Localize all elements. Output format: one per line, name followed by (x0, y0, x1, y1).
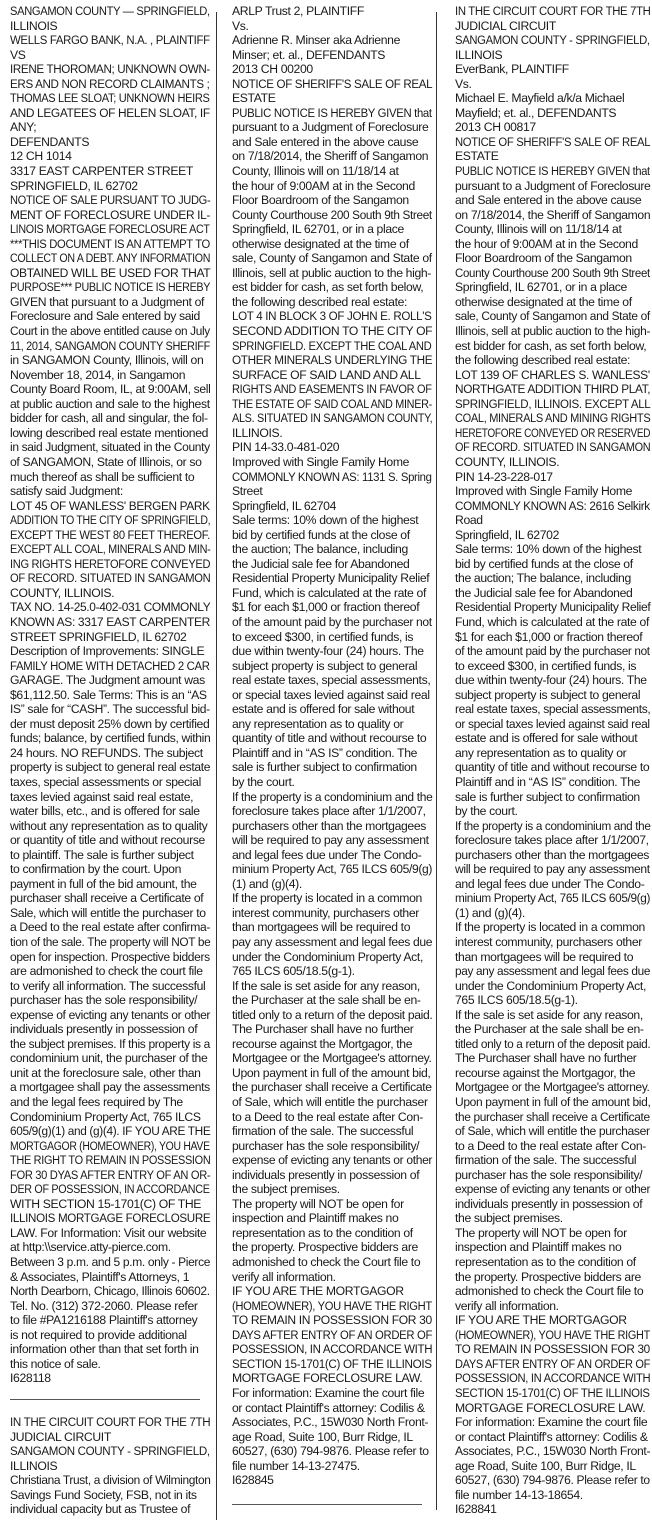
notice-text-line: IF YOU ARE THE MORTGAGOR (455, 1313, 650, 1328)
notice-text-line: or contact Plaintiff's attorney: Codilis… (232, 1401, 432, 1416)
notice-text-line: If the property is a condominium and the (455, 819, 642, 834)
notice-text-line: is not required to provide additional (10, 1328, 210, 1343)
notice-text-line: Illinois, sell at public auction to the … (232, 266, 432, 281)
notice-text-line: MENT OF FORECLOSURE UNDER IL- (10, 208, 205, 223)
notice-text-line: Between 3 p.m. and 5 p.m. only - Pierce (10, 1255, 207, 1270)
notice-text-line: POSSESSION, IN ACCORDANCE WITH (232, 1342, 421, 1357)
notice-text-line: SECTION 15-1701(C) OF THE ILLINOIS (232, 1357, 423, 1372)
notice-text-line: purchasers other than the mortgagees (455, 848, 650, 863)
notice-text-line: IN THE CIRCUIT COURT FOR THE 7TH (10, 1415, 200, 1430)
notice-text-line: than mortgagees will be required to (232, 920, 432, 935)
notice-text-line: Floor Boardroom of the Sangamon (232, 193, 432, 208)
notice-text-line: estate and is offered for sale without (455, 731, 650, 746)
notice-text-line: verify all information. (455, 1299, 650, 1314)
notice-text-line: 60527, (630) 794-9876. Please refer to (232, 1444, 432, 1459)
notice-text-line: foreclosure takes place after 1/1/2007, (455, 833, 650, 848)
notice-text-line: Springfield, IL 62701, or in a place (232, 222, 432, 237)
notice-text-line: MORTGAGE FORECLOSURE LAW. (455, 1401, 650, 1416)
notice-text-line: 2013 CH 00200 (232, 62, 432, 77)
notice-text-line: MORTGAGOR (HOMEOWNER), YOU HAVE (10, 1139, 181, 1154)
notice-text-line: Michael E. Mayfield a/k/a Michael (455, 91, 650, 106)
notice-text-line: Savings Fund Society, FSB, not in its (10, 1488, 210, 1503)
notice-text-line: firmation of the sale. The successful (455, 1153, 650, 1168)
notice-text-line: any representation as to quality or (232, 717, 432, 732)
notice-text-line: LINOIS MORTGAGE FORECLOSURE ACT (10, 222, 186, 237)
notice-text-line: will be required to pay any assessment (455, 862, 648, 877)
notice-text-line: the auction; The balance, including (455, 571, 650, 586)
notice-text-line: County, Illinois will on 11/18/14 at (455, 222, 650, 237)
notice-text-line: to confirmation by the court. Upon (10, 862, 210, 877)
notice-text-line: otherwise designated at the time of (232, 237, 432, 252)
notice-text-line: by the court. (232, 775, 432, 790)
notice-text-line: or quantity of title and without recours… (10, 833, 210, 848)
notice-text-line: WELLS FARGO BANK, N.A. , PLAINTIFF (10, 33, 197, 48)
notice-text-line: or contact Plaintiff's attorney: Codilis… (455, 1430, 650, 1445)
notice-wells-fargo: SANGAMON COUNTY — SPRINGFIELD,ILLINOISWE… (10, 4, 210, 1386)
notice-text-line: titled only to a return of the deposit p… (455, 1037, 644, 1052)
notice-text-line: bid by certified funds at the close of (455, 557, 650, 572)
notice-text-line: County, Illinois will on 11/18/14 at (232, 164, 432, 179)
notice-text-line: Foreclosure and Sale entered by said (10, 309, 210, 324)
notice-text-line: (HOMEOWNER), YOU HAVE THE RIGHT (455, 1328, 629, 1343)
notice-text-line: minium Property Act, 765 ILCS 605/9(g) (232, 862, 430, 877)
notice-text-line: LAW. For Information: Visit our website (10, 1226, 210, 1241)
notice-text-line: STREET SPRINGFIELD, IL 62702 (10, 630, 210, 645)
notice-text-line: much thereof as shall be sufficient to (10, 470, 210, 485)
notice-text-line: any representation as to quality or (455, 746, 650, 761)
notice-text-line: The property will NOT be open for (455, 1226, 650, 1241)
notice-text-line: taxes levied against said real estate, (10, 790, 210, 805)
notice-text-line: THOMAS LEE SLOAT; UNKNOWN HEIRS (10, 91, 191, 106)
notice-text-line: Condominium Property Act, 765 ILCS (10, 1110, 210, 1125)
notice-text-line: lowing described real estate mentioned (10, 426, 210, 441)
notice-text-line: of the amount paid by the purchaser not (455, 644, 643, 659)
notice-text-line: admonished to check the Court file to (455, 1284, 650, 1299)
notice-text-line: Minser; et. al., DEFENDANTS (232, 48, 432, 63)
notice-text-line: FOR 30 DYAS AFTER ENTRY OF AN OR- (10, 1168, 193, 1183)
notice-text-line: Adrienne R. Minser aka Adrienne (232, 33, 432, 48)
notice-text-line: LOT 139 OF CHARLES S. WANLESS' (455, 368, 647, 383)
notice-everbank: IN THE CIRCUIT COURT FOR THE 7THJUDICIAL… (455, 4, 650, 1517)
notice-text-line: $61,112.50. Sale Terms: This is an “AS (10, 688, 210, 703)
notice-text-line: and legal fees due under The Condo- (455, 877, 650, 892)
notice-text-line: (HOMEOWNER), YOU HAVE THE RIGHT (232, 1299, 415, 1314)
notice-text-line: NOTICE OF SHERIFF'S SALE OF REAL (455, 135, 635, 150)
notice-text-line: the hour of 9:00AM at in the Second (455, 237, 650, 252)
notice-text-line: individuals presently in possession of (455, 1197, 650, 1212)
notice-text-line: ERS AND NON RECORD CLAIMANTS ; (10, 77, 200, 92)
notice-text-line: Upon payment in full of the amount bid, (455, 1095, 647, 1110)
notice-text-line: Vs. (455, 77, 650, 92)
notice-text-line: and the legal fees required by The (10, 1095, 210, 1110)
notice-text-line: Residential Property Municipality Relief (232, 571, 432, 586)
notice-text-line: GARAGE. The Judgment amount was (10, 673, 210, 688)
notice-text-line: If the property is a condominium and the (232, 790, 429, 805)
notice-text-line: quantity of title and without recourse t… (232, 731, 432, 746)
notice-text-line: Plaintiff and in “AS IS” condition. The (232, 746, 432, 761)
notice-arlp-trust: ARLP Trust 2, PLAINTIFFVs.Adrienne R. Mi… (232, 4, 432, 1488)
notice-text-line: under the Condominium Property Act, (232, 950, 432, 965)
notice-text-line: the following described real estate: (232, 295, 432, 310)
notice-text-line: real estate taxes, special assessments, (232, 673, 432, 688)
notice-text-line: to exceed $300, in certified funds, is (455, 659, 650, 674)
notice-text-line: purchaser shall receive a Certificate of (10, 891, 210, 906)
notice-text-line: ILLINOIS MORTGAGE FORECLOSURE (10, 1211, 200, 1226)
notice-text-line: on 7/18/2014, the Sheriff of Sangamon (232, 149, 432, 164)
notice-text-line: Sale terms: 10% down of the highest (455, 542, 650, 557)
notice-text-line: the property. Prospective bidders are (455, 1270, 650, 1285)
notice-text-line: DER OF POSSESSION, IN ACCORDANCE (10, 1182, 186, 1197)
notice-text-line: information other than that set forth in (10, 1342, 210, 1357)
notice-text-line: under the Condominium Property Act, (455, 979, 650, 994)
notice-text-line: AND LEGATEES OF HELEN SLOAT, IF (10, 106, 205, 121)
notice-text-line: and legal fees due under The Condo- (232, 848, 432, 863)
notice-text-line: to plaintiff. The sale is further subjec… (10, 848, 210, 863)
notice-text-line: estate and is offered for sale without (232, 702, 432, 717)
notice-text-line: the following described real estate: (455, 353, 650, 368)
notice-text-line: without any representation as to quality (10, 819, 210, 834)
column-2: ARLP Trust 2, PLAINTIFFVs.Adrienne R. Mi… (232, 4, 432, 1520)
notice-text-line: are admonished to check the court file (10, 964, 210, 979)
notice-text-line: satisfy said Judgment: (10, 484, 210, 499)
notice-text-line: the auction; The balance, including (232, 542, 432, 557)
notice-text-line: minium Property Act, 765 ILCS 605/9(g) (455, 891, 643, 906)
notice-text-line: 2013 CH 00817 (455, 120, 650, 135)
notice-text-line: the Purchaser at the sale shall be en- (455, 1022, 650, 1037)
notice-text-line: $1 for each $1,000 or fraction thereof (232, 600, 432, 615)
notice-text-line: IRENE THOROMAN; UNKNOWN OWN- (10, 62, 200, 77)
notice-text-line: on 7/18/2014, the Sheriff of Sangamon (455, 208, 649, 223)
notice-text-line: this notice of sale. (10, 1357, 210, 1372)
notice-text-line: SANGAMON COUNTY - SPRINGFIELD, (10, 1444, 200, 1459)
notice-text-line: SURFACE OF SAID LAND AND ALL (232, 368, 432, 383)
notice-text-line: otherwise designated at the time of (455, 295, 650, 310)
notice-text-line: sale is further subject to confirmation (455, 790, 650, 805)
notice-text-line: foreclosure takes place after 1/1/2007, (232, 804, 432, 819)
notice-text-line: JUDICIAL CIRCUIT (455, 19, 650, 34)
notice-text-line: If the property is located in a common (455, 920, 650, 935)
notice-text-line: PURPOSE*** PUBLIC NOTICE IS HEREBY (10, 280, 186, 295)
notice-text-line: firmation of the sale. The successful (232, 1124, 432, 1139)
notice-text-line: I628841 (455, 1502, 650, 1517)
notice-text-line: IN THE CIRCUIT COURT FOR THE 7TH (455, 4, 636, 19)
notice-text-line: ESTATE (232, 91, 432, 106)
notice-text-line: condominium unit, the purchaser of the (10, 1051, 210, 1066)
notice-text-line: inspection and Plaintiff makes no (232, 1211, 432, 1226)
notice-text-line: recourse against the Mortgagor, the (232, 1037, 432, 1052)
notice-text-line: FAMILY HOME WITH DETACHED 2 CAR (10, 659, 196, 674)
notice-text-line: RIGHTS AND EASEMENTS IN FAVOR OF (232, 382, 412, 397)
notice-text-line: Court in the above entitled cause on Jul… (10, 324, 204, 339)
notice-text-line: OF RECORD. SITUATED IN SANGAMON (455, 440, 629, 455)
notice-text-line: PUBLIC NOTICE IS HEREBY GIVEN that (232, 106, 418, 121)
notice-text-line: at http:\\service.atty-pierce.com. (10, 1240, 210, 1255)
notice-text-line: expense of evicting any tenants or other (10, 1008, 208, 1023)
notice-text-line: than mortgagees will be required to (455, 950, 650, 965)
notice-text-line: NORTHGATE ADDITION THIRD PLAT, (455, 382, 644, 397)
column-divider-2 (436, 12, 437, 1510)
notice-text-line: Floor Boardroom of the Sangamon (455, 251, 650, 266)
notice-text-line: EXCEPT THE WEST 80 FEET THEREOF. (10, 528, 193, 543)
notice-text-line: water bills, etc., and is offered for sa… (10, 804, 210, 819)
notice-text-line: ***THIS DOCUMENT IS AN ATTEMPT TO (10, 237, 194, 252)
notice-text-line: 3317 EAST CARPENTER STREET (10, 164, 210, 179)
notice-text-line: interest community, purchasers other (455, 935, 650, 950)
notice-text-line: sale is further subject to confirmation (232, 760, 432, 775)
notice-text-line: est bidder for cash, as set forth below, (232, 280, 432, 295)
notice-text-line: purchaser has the sole responsibility/ (455, 1168, 650, 1183)
notice-text-line: If the sale is set aside for any reason, (455, 1008, 650, 1023)
notice-text-line: ING RIGHTS HERETOFORE CONVEYED (10, 557, 192, 572)
notice-text-line: Vs. (232, 19, 432, 34)
notice-text-line: JUDICIAL CIRCUIT (10, 1430, 210, 1445)
notice-text-line: file number 14-13-27475. (232, 1459, 432, 1474)
notice-text-line: purchaser has the sole responsibility/ (232, 1139, 432, 1154)
notice-text-line: IS” sale for “CASH”. The successful bid- (10, 702, 208, 717)
notice-text-line: Road (455, 513, 650, 528)
notice-text-line: OF RECORD. SITUATED IN SANGAMON (10, 571, 193, 586)
notice-text-line: the purchaser shall receive a Certificat… (455, 1110, 645, 1125)
notice-text-line: TO REMAIN IN POSSESSION FOR 30 (232, 1313, 430, 1328)
notice-text-line: at public auction and sale to the highes… (10, 397, 210, 412)
notice-text-line: EverBank, PLAINTIFF (455, 62, 650, 77)
notice-text-line: ADDITION TO THE CITY OF SPRINGFIELD, (10, 513, 182, 528)
notice-christiana-trust: IN THE CIRCUIT COURT FOR THE 7THJUDICIAL… (10, 1415, 210, 1517)
notice-text-line: TO REMAIN IN POSSESSION FOR 30 (455, 1342, 643, 1357)
notice-text-line: ILLINOIS (10, 19, 210, 34)
notice-text-line: pursuant to a Judgment of Foreclosure (232, 120, 432, 135)
notice-text-line: real estate taxes, special assessments, (455, 702, 647, 717)
notice-text-line: COUNTY, ILLINOIS. (10, 586, 210, 601)
notice-text-line: a Deed to the real estate after confirma… (10, 920, 209, 935)
legal-notices-page: SANGAMON COUNTY — SPRINGFIELD,ILLINOISWE… (0, 0, 652, 1524)
notice-text-line: Description of Improvements: SINGLE (10, 644, 210, 659)
notice-text-line: the subject premises. If this property i… (10, 1037, 207, 1052)
notice-text-line: 765 ILCS 605/18.5(g-1). (232, 964, 432, 979)
notice-text-line: COAL, MINERALS AND MINING RIGHTS (455, 411, 631, 426)
notice-text-line: Plaintiff and in “AS IS” condition. The (455, 775, 650, 790)
notice-text-line: payment in full of the bid amount, the (10, 877, 210, 892)
notice-text-line: the purchaser shall receive a Certificat… (232, 1080, 432, 1095)
notice-text-line: property is subject to general real esta… (10, 760, 208, 775)
notice-text-line: NOTICE OF SHERIFF'S SALE OF REAL (232, 77, 422, 92)
notice-text-line: Fund, which is calculated at the rate of (232, 586, 432, 601)
notice-text-line: Tel. No. (312) 372-2060. Please refer (10, 1299, 210, 1314)
notice-text-line: County Courthouse 200 South 9th Street (232, 208, 425, 223)
notice-text-line: individuals presently in possession of (232, 1168, 432, 1183)
notice-text-line: PUBLIC NOTICE IS HEREBY GIVEN that (455, 164, 632, 179)
notice-text-line: NOTICE OF SALE PURSUANT TO JUDG- (10, 193, 192, 208)
notice-text-line: EXCEPT ALL COAL, MINERALS AND MIN- (10, 542, 189, 557)
notice-text-line: Illinois, sell at public auction to the … (455, 324, 646, 339)
notice-text-line: admonished to check the Court file to (232, 1255, 432, 1270)
notice-text-line: interest community, purchasers other (232, 906, 432, 921)
notice-text-line: SANGAMON COUNTY — SPRINGFIELD, (10, 4, 193, 19)
notice-text-line: the Judicial sale fee for Abandoned (455, 586, 650, 601)
notice-text-line: Christiana Trust, a division of Wilmingt… (10, 1473, 205, 1488)
notice-text-line: the Purchaser at the sale shall be en- (232, 993, 432, 1008)
notice-text-line: expense of evicting any tenants or other (455, 1182, 643, 1197)
notice-text-line: due within twenty-four (24) hours. The (455, 673, 650, 688)
notice-text-line: pay any assessment and legal fees due (232, 935, 431, 950)
notice-text-line: expense of evicting any tenants or other (232, 1153, 430, 1168)
notice-text-line: For information: Examine the court file (232, 1386, 432, 1401)
notice-text-line: & Associates, Plaintiff's Attorneys, 1 (10, 1270, 210, 1285)
notice-text-line: will be required to pay any assessment (232, 833, 432, 848)
column-1: SANGAMON COUNTY — SPRINGFIELD,ILLINOISWE… (10, 4, 210, 1517)
notice-text-line: purchaser has the sole responsibility/ (10, 993, 210, 1008)
notice-text-line: I628118 (10, 1371, 210, 1386)
notice-text-line: a mortgagee shall pay the assessments (10, 1080, 208, 1095)
notice-text-line: North Dearborn, Chicago, Illinois 60602. (10, 1284, 207, 1299)
notice-text-line: I628845 (232, 1473, 432, 1488)
notice-text-line: Residential Property Municipality Relief (455, 600, 648, 615)
notice-text-line: the Judicial sale fee for Abandoned (232, 557, 432, 572)
notice-text-line: verify all information. (232, 1270, 432, 1285)
notice-text-line: LOT 45 OF WANLESS' BERGEN PARK (10, 499, 204, 514)
notice-text-line: ILLINOIS (10, 1459, 210, 1474)
notice-text-line: purchasers other than the mortgagees (232, 819, 432, 834)
notice-text-line: age Road, Suite 100, Burr Ridge, IL (455, 1459, 650, 1474)
notice-text-line: individuals presently in possession of (10, 1022, 210, 1037)
notice-text-line: COMMONLY KNOWN AS: 1131 S. Spring (232, 470, 418, 485)
notice-text-line: COLLECT ON A DEBT. ANY INFORMATION (10, 251, 185, 266)
notice-text-line: If the sale is set aside for any reason, (232, 979, 432, 994)
notice-text-line: age Road, Suite 100, Burr Ridge, IL (232, 1430, 432, 1445)
notice-text-line: SPRINGFIELD, ILLINOIS. EXCEPT ALL (455, 397, 640, 412)
notice-text-line: WITH SECTION 15-1701(C) OF THE (10, 1197, 210, 1212)
notice-text-line: the hour of 9:00AM at in the Second (232, 179, 432, 194)
notice-text-line: SPRINGFIELD. EXCEPT THE COAL AND (232, 339, 415, 354)
notice-text-line: 24 hours. NO REFUNDS. The subject (10, 746, 210, 761)
notice-text-line: bid by certified funds at the close of (232, 528, 432, 543)
notice-text-line: ALS. SITUATED IN SANGAMON COUNTY, (232, 411, 411, 426)
notice-text-line: COUNTY, ILLINOIS. (455, 455, 650, 470)
notice-text-line: $1 for each $1,000 or fraction thereof (455, 630, 650, 645)
notice-text-line: to exceed $300, in certified funds, is (232, 630, 432, 645)
notice-text-line: representation as to the condition of (455, 1255, 650, 1270)
notice-text-line: GIVEN that pursuant to a Judgment of (10, 295, 210, 310)
notice-text-line: 605/9(g)(1) and (g)(4). IF YOU ARE THE (10, 1124, 204, 1139)
notice-text-line: THE RIGHT TO REMAIN IN POSSESSION (10, 1153, 189, 1168)
notice-text-line: DEFENDANTS (10, 135, 210, 150)
notice-text-line: Mortgagee or the Mortgagee's attorney. (455, 1080, 645, 1095)
notice-text-line: OTHER MINERALS UNDERLYING THE (232, 353, 424, 368)
notice-text-line: Improved with Single Family Home (232, 455, 432, 470)
notice-text-line: Springfield, IL 62704 (232, 499, 432, 514)
notice-text-line: in said Judgment, situated in the County (10, 440, 207, 455)
notice-text-line: Associates, P.C., 15W030 North Front- (455, 1444, 649, 1459)
notice-text-line: Fund, which is calculated at the rate of (455, 615, 650, 630)
notice-text-line: November 18, 2014, in Sangamon (10, 368, 210, 383)
notice-text-line: the property. Prospective bidders are (232, 1240, 432, 1255)
notice-text-line: COMMONLY KNOWN AS: 2616 Selkirk (455, 499, 642, 514)
notice-text-line: by the court. (455, 804, 650, 819)
notice-text-line: pay any assessment and legal fees due (455, 964, 644, 979)
notice-text-line: bidder for cash, all and singular, the f… (10, 411, 210, 426)
notice-text-line: The Purchaser shall have no further (232, 1022, 432, 1037)
notice-text-line: ANY; (10, 120, 210, 135)
notice-text-line: Improved with Single Family Home (455, 484, 650, 499)
notice-text-line: in SANGAMON County, Illinois, will on (10, 353, 210, 368)
notice-text-line: SECOND ADDITION TO THE CITY OF (232, 324, 431, 339)
notice-separator (232, 1504, 422, 1505)
notice-text-line: IF YOU ARE THE MORTGAGOR (232, 1284, 432, 1299)
notice-text-line: PIN 14-33.0-481-020 (232, 440, 432, 455)
notice-text-line: due within twenty-four (24) hours. The (232, 644, 432, 659)
notice-text-line: DAYS AFTER ENTRY OF AN ORDER OF (455, 1357, 631, 1372)
notice-text-line: VS (10, 48, 210, 63)
notice-text-line: MORTGAGE FORECLOSURE LAW. (232, 1371, 432, 1386)
notice-text-line: County Board Room, IL, at 9:00AM, sell (10, 382, 209, 397)
notice-text-line: or special taxes levied against said rea… (455, 717, 647, 732)
notice-text-line: TAX NO. 14-25.0-402-031 COMMONLY (10, 600, 206, 615)
notice-text-line: sale, County of Sangamon and State of (455, 309, 645, 324)
notice-text-line: der must deposit 25% down by certified (10, 717, 210, 732)
notice-text-line: open for inspection. Prospective bidders (10, 950, 207, 965)
notice-text-line: Springfield, IL 62702 (455, 528, 650, 543)
notice-text-line: The property will NOT be open for (232, 1197, 432, 1212)
notice-text-line: DAYS AFTER ENTRY OF AN ORDER OF (232, 1328, 417, 1343)
notice-text-line: to file #PA1216188 Plaintiff's attorney (10, 1313, 210, 1328)
notice-text-line: Associates, P.C., 15W030 North Front- (232, 1415, 432, 1430)
notice-text-line: funds; balance, by certified funds, with… (10, 731, 209, 746)
notice-text-line: inspection and Plaintiff makes no (455, 1240, 650, 1255)
notice-text-line: Street (232, 484, 432, 499)
notice-text-line: HERETOFORE CONVEYED OR RESERVED (455, 426, 615, 441)
notice-text-line: individual capacity but as Trustee of (10, 1502, 210, 1517)
notice-text-line: to verify all information. The successfu… (10, 979, 210, 994)
notice-text-line: the subject premises. (232, 1182, 432, 1197)
notice-text-line: (1) and (g)(4). (232, 877, 432, 892)
notice-text-line: (1) and (g)(4). (455, 906, 650, 921)
notice-text-line: PIN 14-23-228-017 (455, 470, 650, 485)
notice-text-line: or special taxes levied against said rea… (232, 688, 432, 703)
notice-text-line: ILLINOIS (455, 48, 650, 63)
notice-text-line: to a Deed to the real estate after Con- (455, 1139, 650, 1154)
notice-text-line: file number 14-13-18654. (455, 1488, 650, 1503)
notice-text-line: The Purchaser shall have no further (455, 1051, 650, 1066)
notice-text-line: pursuant to a Judgment of Foreclosure (455, 179, 649, 194)
notice-text-line: LOT 4 IN BLOCK 3 OF JOHN E. ROLL'S (232, 309, 422, 324)
column-divider-1 (216, 12, 217, 1520)
notice-text-line: 60527, (630) 794-9876. Please refer to (455, 1473, 648, 1488)
notice-text-line: of Sale, which will entitle the purchase… (232, 1095, 432, 1110)
notice-text-line: and Sale entered in the above cause (455, 193, 650, 208)
notice-text-line: of Sale, which will entitle the purchase… (455, 1124, 649, 1139)
notice-text-line: quantity of title and without recourse t… (455, 760, 650, 775)
notice-text-line: Sale terms: 10% down of the highest (232, 513, 432, 528)
notice-text-line: to a Deed to the real estate after Con- (232, 1110, 432, 1125)
notice-text-line: POSSESSION, IN ACCORDANCE WITH (455, 1371, 634, 1386)
notice-text-line: 765 ILCS 605/18.5(g-1). (455, 993, 650, 1008)
notice-text-line: ESTATE (455, 149, 650, 164)
notice-text-line: of SANGAMON, State of Illinois, or so (10, 455, 210, 470)
notice-text-line: est bidder for cash, as set forth below, (455, 339, 650, 354)
notice-text-line: 11, 2014, SANGAMON COUNTY SHERIFF (10, 339, 189, 354)
notice-text-line: Springfield, IL 62701, or in a place (455, 280, 650, 295)
notice-separator (10, 1399, 200, 1400)
notice-text-line: SPRINGFIELD, IL 62702 (10, 179, 210, 194)
notice-text-line: For information: Examine the court file (455, 1415, 650, 1430)
column-3: IN THE CIRCUIT COURT FOR THE 7THJUDICIAL… (455, 4, 650, 1517)
notice-text-line: ILLINOIS. (232, 426, 432, 441)
notice-text-line: subject property is subject to general (232, 659, 432, 674)
notice-text-line: of the amount paid by the purchaser not (232, 615, 430, 630)
notice-text-line: recourse against the Mortgagor, the (455, 1066, 650, 1081)
notice-text-line: Mayfield; et. al., DEFENDANTS (455, 106, 650, 121)
notice-text-line: If the property is located in a common (232, 891, 432, 906)
